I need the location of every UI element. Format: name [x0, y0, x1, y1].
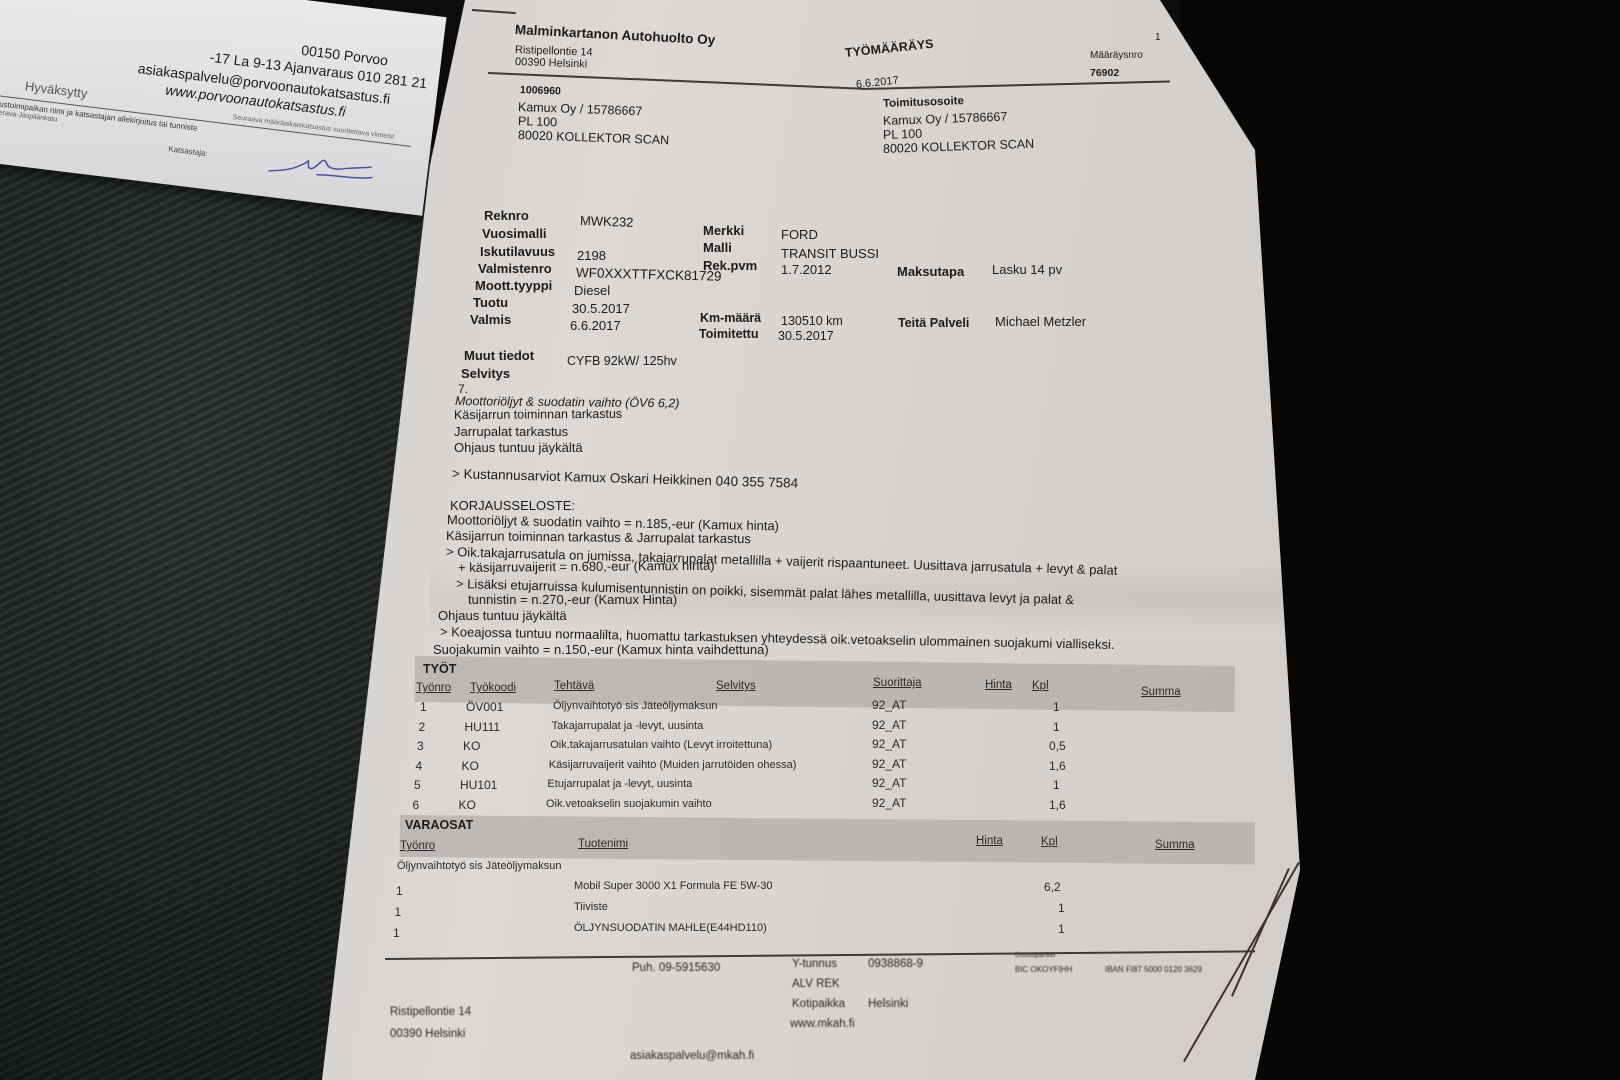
row-number: 1: [395, 905, 402, 919]
column-header: Summa: [1155, 839, 1195, 851]
column-header: Suorittaja: [873, 677, 922, 689]
company-name: Malminkartanon Autohuolto Oy: [515, 22, 716, 47]
vuosimalli-label: Vuosimalli: [482, 226, 547, 241]
quantity: 1: [1058, 901, 1065, 915]
quantity: 1: [1058, 922, 1065, 936]
performer: 92_AT: [872, 718, 906, 732]
selvitys-line: Käsijarrun toiminnan tarkastus: [454, 407, 622, 422]
rekpvm-label: Rek.pvm: [703, 258, 757, 273]
product-name: ÖLJYNSUODATIN MAHLE(E44HD110): [574, 922, 767, 934]
row-number: 1: [420, 700, 427, 714]
performer: 92_AT: [872, 757, 906, 771]
customer-id: 1006960: [520, 84, 561, 97]
muut-tiedot-label: Muut tiedot: [464, 348, 534, 363]
report-line: Ohjaus tuntuu jäykältä: [438, 608, 567, 623]
row-number: 1: [393, 926, 400, 940]
selvitys-line: Jarrupalat tarkastus: [454, 424, 568, 439]
customer-city: 80020 KOLLEKTOR SCAN: [518, 128, 670, 147]
footer-kotipaikka: Helsinki: [868, 998, 908, 1010]
product-name: Mobil Super 3000 X1 Formula FE 5W-30: [574, 880, 773, 892]
row-number: 4: [416, 759, 423, 773]
row-number: 3: [417, 739, 424, 753]
quantity: 1: [1053, 720, 1060, 734]
report-line: Käsijarrun toiminnan tarkastus & Jarrupa…: [446, 528, 751, 546]
work-code: KO: [463, 739, 480, 753]
selvitys-line: Ohjaus tuntuu jäykältä: [454, 440, 583, 455]
footer-web: www.mkah.fi: [790, 1018, 855, 1030]
maksutapa-label: Maksutapa: [897, 264, 964, 279]
task-description: Etujarrupalat ja -levyt, uusinta: [547, 778, 692, 790]
report-title: KORJAUSSELOSTE:: [450, 498, 575, 513]
footer-phone: Puh. 09-5915630: [632, 962, 720, 974]
performer: 92_AT: [872, 737, 906, 751]
palveli-value: Michael Metzler: [995, 314, 1086, 329]
work-code: KO: [459, 798, 476, 812]
malli-label: Malli: [703, 240, 732, 255]
column-header: Hinta: [985, 679, 1012, 691]
merkki-value: FORD: [781, 227, 818, 242]
column-header: Työnro: [400, 840, 435, 852]
quantity: 1,6: [1049, 798, 1066, 812]
toimitettu-label: Toimitettu: [699, 327, 758, 341]
row-number: 1: [396, 884, 403, 898]
column-header: Työnro: [416, 682, 451, 694]
tuotu-label: Tuotu: [473, 295, 508, 310]
parts-section-title: VARAOSAT: [405, 818, 473, 832]
delivery-label: Toimitusosoite: [883, 95, 964, 110]
valmistenro-label: Valmistenro: [478, 261, 552, 276]
valmis-value: 6.6.2017: [570, 318, 621, 333]
toimitettu-value: 30.5.2017: [778, 329, 834, 343]
valmistenro-value: WF0XXXTTFXCK81729: [576, 265, 722, 284]
performer: 92_AT: [872, 796, 906, 810]
report-line: + käsijarruvaijerit = n.680,-eur (Kamux …: [458, 558, 715, 575]
moottyyppi-label: Moott.tyyppi: [475, 278, 552, 293]
iskutilavuus-label: Iskutilavuus: [480, 244, 555, 259]
iskutilavuus-value: 2198: [577, 248, 606, 263]
footer-ytunnus-label: Y-tunnus: [792, 958, 837, 970]
km-value: 130510 km: [781, 314, 843, 328]
column-header: Kpl: [1041, 836, 1058, 848]
reknro-label: Reknro: [484, 208, 529, 223]
column-header: Selvitys: [716, 680, 756, 692]
km-label: Km-määrä: [700, 311, 761, 325]
order-number: 76902: [1090, 67, 1119, 79]
work-code: KO: [462, 759, 479, 773]
rekpvm-value: 1.7.2012: [781, 262, 832, 277]
page-number: 1: [1155, 32, 1161, 43]
work-order-document: Malminkartanon Autohuolto Oy Ristipellon…: [0, 0, 1620, 1080]
palveli-label: Teitä Palveli: [898, 316, 969, 330]
work-section-title: TYÖT: [423, 662, 456, 676]
column-header: Hinta: [976, 835, 1003, 847]
muut-tiedot-value: CYFB 92kW/ 125hv: [567, 354, 677, 368]
valmis-label: Valmis: [470, 312, 511, 327]
row-number: 5: [414, 778, 421, 792]
task-description: Oik.takajarrusatulan vaihto (Levyt irroi…: [550, 739, 772, 751]
work-code: HU101: [460, 778, 497, 792]
row-number: 6: [413, 798, 420, 812]
order-number-label: Määräysnro: [1090, 50, 1143, 61]
footer-bic: BIC OKOYFIHH: [1015, 965, 1072, 974]
report-line: tunnistin = n.270,-eur (Kamux Hinta): [468, 592, 677, 607]
column-header: Kpl: [1032, 680, 1049, 692]
column-header: Tehtävä: [554, 680, 594, 692]
footer-bank: Osuuspankki: [1015, 952, 1055, 959]
work-code: ÖV001: [466, 700, 503, 714]
footer-postal: 00390 Helsinki: [390, 1028, 465, 1040]
column-header: Työkoodi: [470, 682, 516, 694]
column-header: Summa: [1141, 686, 1181, 698]
task-description: Oik.vetoakselin suojakumin vaihto: [546, 798, 712, 810]
delivery-box: PL 100: [883, 127, 923, 142]
merkki-label: Merkki: [703, 223, 744, 238]
tuotu-value: 30.5.2017: [572, 301, 630, 316]
footer-kotipaikka-label: Kotipaikka: [792, 998, 845, 1010]
customer-box: PL 100: [518, 114, 558, 129]
work-code: HU111: [465, 720, 501, 734]
task-description: Käsijarruvaijerit vaihto (Muiden jarrutö…: [549, 759, 797, 771]
performer: 92_AT: [872, 776, 906, 790]
product-name: Tiiviste: [574, 901, 608, 913]
task-description: Öljynvaihtotyö sis Jäteöljymaksun: [553, 700, 717, 712]
document-title: TYÖMÄÄRÄYS: [844, 37, 934, 60]
maksutapa-value: Lasku 14 pv: [992, 262, 1062, 277]
column-header: Tuotenimi: [578, 838, 628, 850]
malli-value: TRANSIT BUSSI: [781, 246, 879, 261]
reknro-value: MWK232: [580, 213, 634, 230]
delivery-name: Kamux Oy / 15786667: [883, 110, 1008, 128]
quantity: 1,6: [1049, 759, 1066, 773]
footer-alv: ALV REK: [792, 978, 840, 990]
footer-email: asiakaspalvelu@mkah.fi: [630, 1050, 754, 1062]
quantity: 6,2: [1044, 880, 1061, 894]
row-number: 2: [419, 720, 426, 734]
moottyyppi-value: Diesel: [574, 283, 610, 298]
performer: 92_AT: [872, 698, 906, 712]
report-line: Suojakumin vaihto = n.150,-eur (Kamux hi…: [433, 642, 769, 657]
quantity: 1: [1053, 778, 1060, 792]
company-postal: 00390 Helsinki: [515, 56, 588, 71]
task-description: Takajarrupalat ja -levyt, uusinta: [552, 720, 704, 732]
parts-group-label: Öljynvaihtotyö sis Jäteöljymaksun: [397, 860, 561, 872]
footer-ytunnus: 0938868-9: [868, 958, 923, 970]
cost-estimate-line: > Kustannusarviot Kamux Oskari Heikkinen…: [452, 466, 799, 491]
footer-iban: IBAN FI87 5000 0120 3629: [1105, 965, 1202, 974]
quantity: 1: [1053, 700, 1060, 714]
footer-street: Ristipellontie 14: [390, 1006, 471, 1018]
quantity: 0,5: [1049, 739, 1066, 753]
selvitys-label: Selvitys: [461, 366, 510, 381]
